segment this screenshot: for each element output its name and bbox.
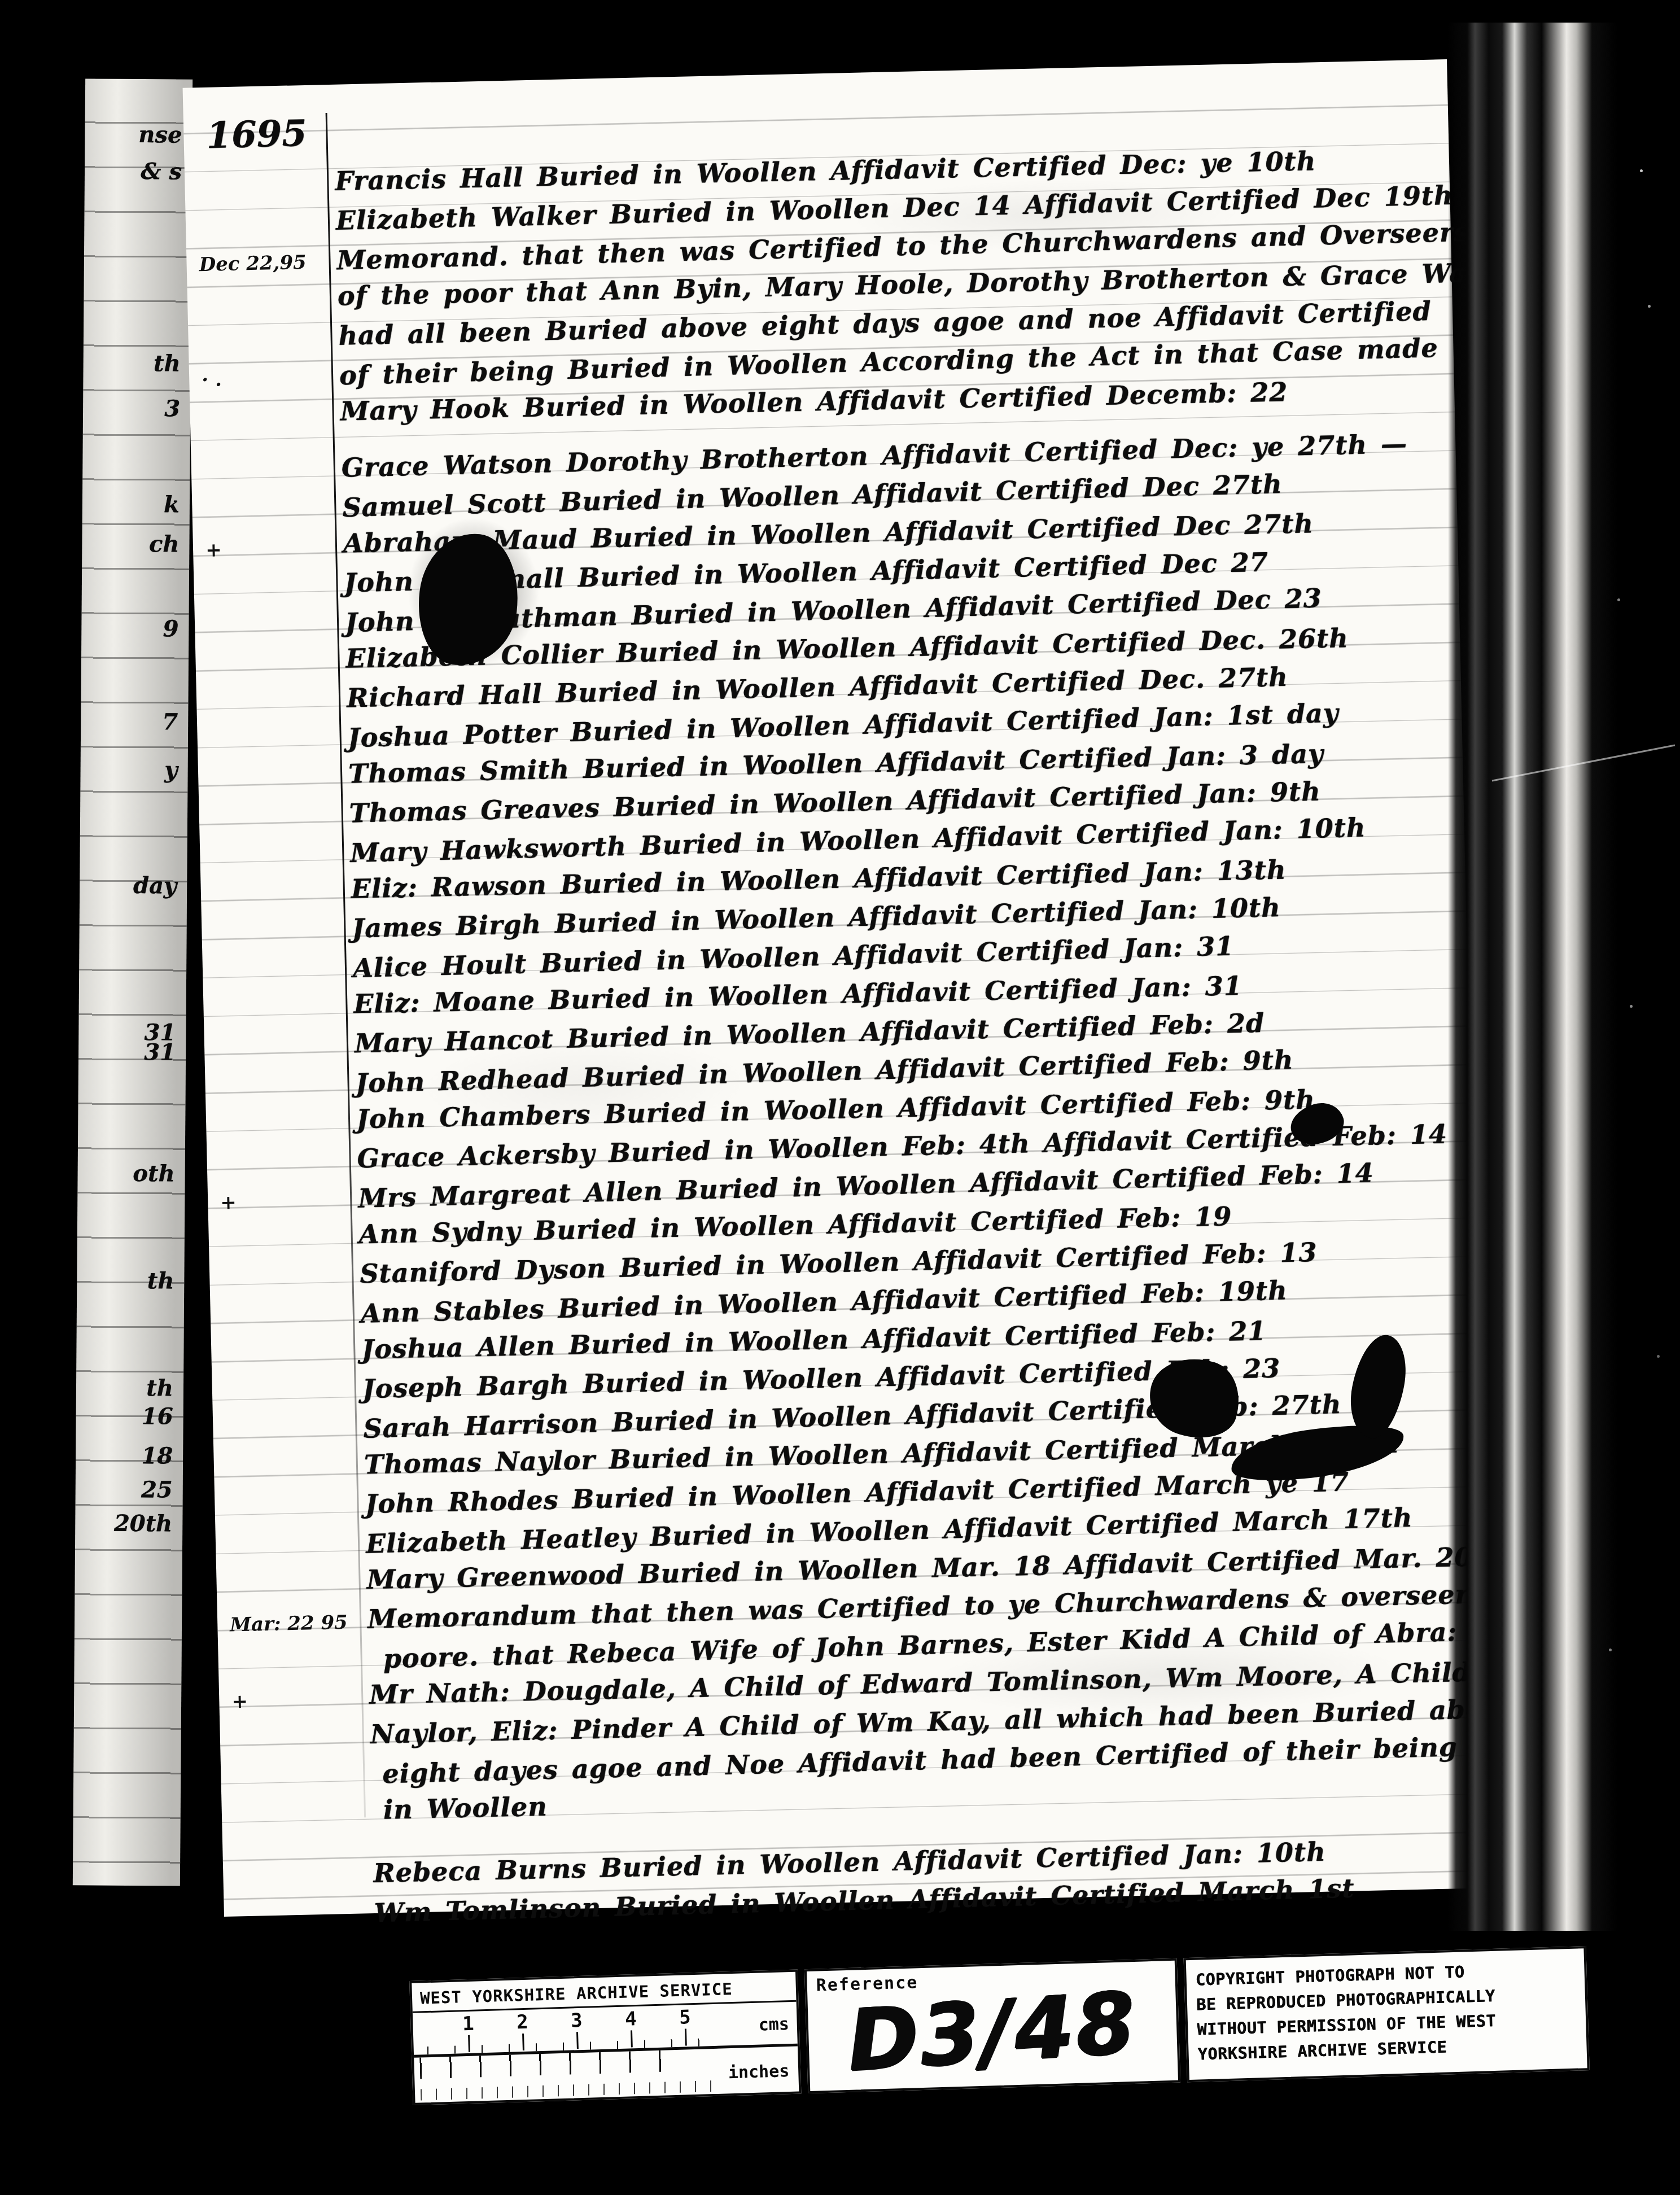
margin-note	[209, 1245, 351, 1248]
margin-note	[195, 631, 337, 634]
margin-note	[185, 191, 327, 195]
margin-note	[190, 422, 333, 425]
archive-service-box: WEST YORKSHIRE ARCHIVE SERVICE 12345 cms…	[409, 1970, 801, 2105]
margin-note	[207, 1130, 349, 1133]
margin-note	[186, 230, 328, 233]
register-page: 1695 Francis Hall Buried in Woollen Affi…	[183, 59, 1489, 1917]
archival-photograph: { "colors":{"background":"#000000","pape…	[0, 0, 1680, 2195]
margin-note	[187, 307, 330, 310]
margin-note	[217, 1590, 359, 1593]
margin-note	[201, 899, 343, 903]
facing-page-fragment: 9	[163, 615, 178, 642]
facing-page-fragment: & s	[141, 158, 182, 185]
margin-note	[220, 1743, 362, 1747]
facing-page-fragment: th	[146, 1375, 173, 1401]
facing-page-fragment: th	[154, 350, 181, 377]
margin-note: · .	[189, 366, 332, 392]
margin-note	[199, 784, 341, 788]
facing-page-fragment: 7	[162, 709, 178, 735]
margin-note	[205, 1091, 348, 1095]
register-entries: Francis Hall Buried in Woollen Affidavit…	[185, 142, 1474, 1938]
film-dust-specks	[1640, 169, 1643, 172]
margin-note	[198, 746, 340, 749]
margin-note: Mar: 22 95	[217, 1611, 360, 1637]
ruler-cm-number: 2	[511, 2010, 534, 2034]
ruler-inch-minor-ticks	[421, 2080, 714, 2100]
margin-note	[193, 515, 335, 519]
facing-page-fragment: y	[164, 757, 178, 783]
ruler-inches-label: inches	[728, 2061, 789, 2083]
margin-note	[214, 1475, 356, 1478]
facing-page-fragment: oth	[133, 1160, 175, 1187]
facing-page-fragment: k	[164, 491, 180, 518]
margin-note: Dec 22,95	[186, 251, 329, 277]
margin-note	[211, 1322, 353, 1325]
facing-page-fragment: 31	[144, 1039, 176, 1065]
ruler-cms-label: cms	[758, 2014, 789, 2035]
facing-page-fragments: nse& sth3kch97yday3131oththth16182520th	[85, 78, 193, 79]
margin-note	[204, 1053, 347, 1056]
margin-note: +	[219, 1687, 362, 1713]
margin-note	[221, 1782, 364, 1785]
facing-page-edge: nse& sth3kch97yday3131oththth16182520th	[73, 78, 193, 1886]
margin-note	[222, 1820, 364, 1824]
facing-page-fragment: 18	[141, 1442, 173, 1469]
margin-note	[189, 345, 331, 348]
year-heading: 1695	[206, 112, 308, 157]
margin-note	[207, 1168, 349, 1171]
margin-note	[224, 1882, 366, 1886]
margin-note	[210, 1283, 352, 1287]
margin-note	[197, 707, 339, 711]
facing-page-fragment: ch	[149, 531, 180, 557]
margin-note	[212, 1398, 355, 1402]
copyright-notice: COPYRIGHT PHOTOGRAPH NOT TOBE REPRODUCED…	[1184, 1946, 1590, 2082]
ruler-cm-number: 3	[565, 2009, 588, 2032]
margin-note	[199, 823, 342, 826]
margin-note	[202, 938, 344, 941]
ruler-cm-number: 1	[457, 2012, 480, 2035]
margin-note	[213, 1436, 356, 1440]
facing-page-fragment: 25	[141, 1476, 173, 1503]
margin-note: +	[208, 1189, 351, 1215]
facing-page-fragment: day	[133, 872, 177, 899]
facing-page-fragment: nse	[138, 121, 182, 148]
ruler-cm-number: 4	[619, 2008, 642, 2031]
ruler-cm-number: 5	[673, 2006, 697, 2029]
book-spine-edge	[1448, 23, 1634, 1931]
margin-note	[194, 592, 336, 596]
margin-note	[191, 477, 334, 480]
margin-note	[212, 1360, 354, 1363]
margin-note	[203, 976, 345, 980]
margin-note	[196, 669, 338, 672]
reference-box: Reference D3/48	[804, 1958, 1180, 2093]
archive-label-strip: WEST YORKSHIRE ARCHIVE SERVICE 12345 cms…	[409, 1946, 1590, 2105]
facing-page-fragment: 3	[164, 395, 180, 422]
margin-note	[200, 861, 343, 864]
margin-note	[204, 1015, 346, 1018]
facing-page-fragment: th	[147, 1267, 174, 1294]
margin-note	[215, 1513, 357, 1516]
margin-note: +	[193, 536, 336, 562]
margin-note	[224, 1921, 366, 1924]
margin-note	[218, 1667, 361, 1670]
facing-page-fragment: 16	[142, 1403, 173, 1429]
facing-page-fragment: 20th	[114, 1510, 173, 1537]
margin-note	[216, 1551, 358, 1555]
